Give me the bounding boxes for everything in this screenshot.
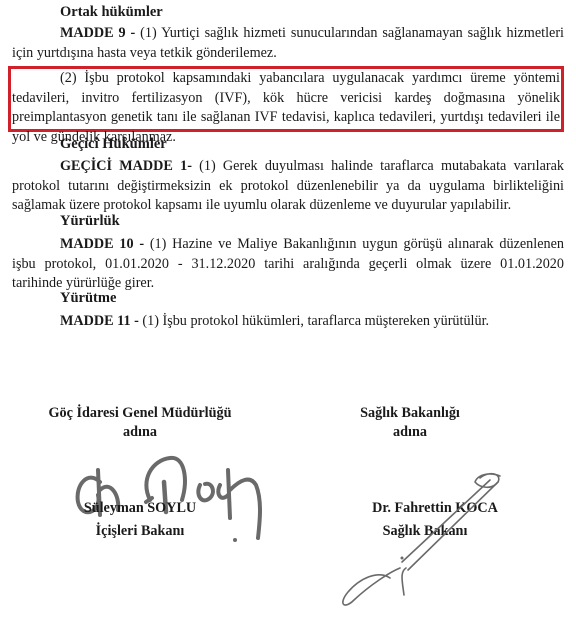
left-signatory-on-behalf: adına (40, 424, 240, 441)
right-signatory-institution: Sağlık Bakanlığı (340, 405, 480, 422)
section-heading-yurutme: Yürütme (60, 290, 116, 307)
article-madde-11: MADDE 11 - (1) İşbu protokol hükümleri, … (12, 312, 564, 332)
section-heading-ortak-hukumler: Ortak hükümler (60, 4, 163, 21)
signature-koca-icon (330, 460, 530, 618)
left-signatory-title: İçişleri Bakanı (40, 523, 240, 540)
left-signatory-institution: Göç İdaresi Genel Müdürlüğü (40, 405, 240, 422)
article-madde-10: MADDE 10 - (1) Hazine ve Maliye Bakanlığ… (12, 235, 564, 294)
article-madde-9-para-1: MADDE 9 - (1) Yurtiçi sağlık hizmeti sun… (12, 24, 564, 63)
right-signatory-on-behalf: adına (340, 424, 480, 441)
article-label: MADDE 9 - (60, 25, 135, 41)
section-heading-yururluk: Yürürlük (60, 213, 120, 230)
article-gecici-madde-1: GEÇİCİ MADDE 1- (1) Gerek duyulması hali… (12, 157, 564, 216)
article-label: MADDE 11 - (60, 313, 139, 329)
section-heading-gecici-hukumler: Geçici Hükümler (60, 136, 167, 153)
article-label: MADDE 10 - (60, 236, 144, 252)
article-label: GEÇİCİ MADDE 1- (60, 158, 192, 174)
left-signatory-name: Süleyman SOYLU (40, 500, 240, 517)
article-text: (1) İşbu protokol hükümleri, taraflarca … (139, 313, 489, 329)
